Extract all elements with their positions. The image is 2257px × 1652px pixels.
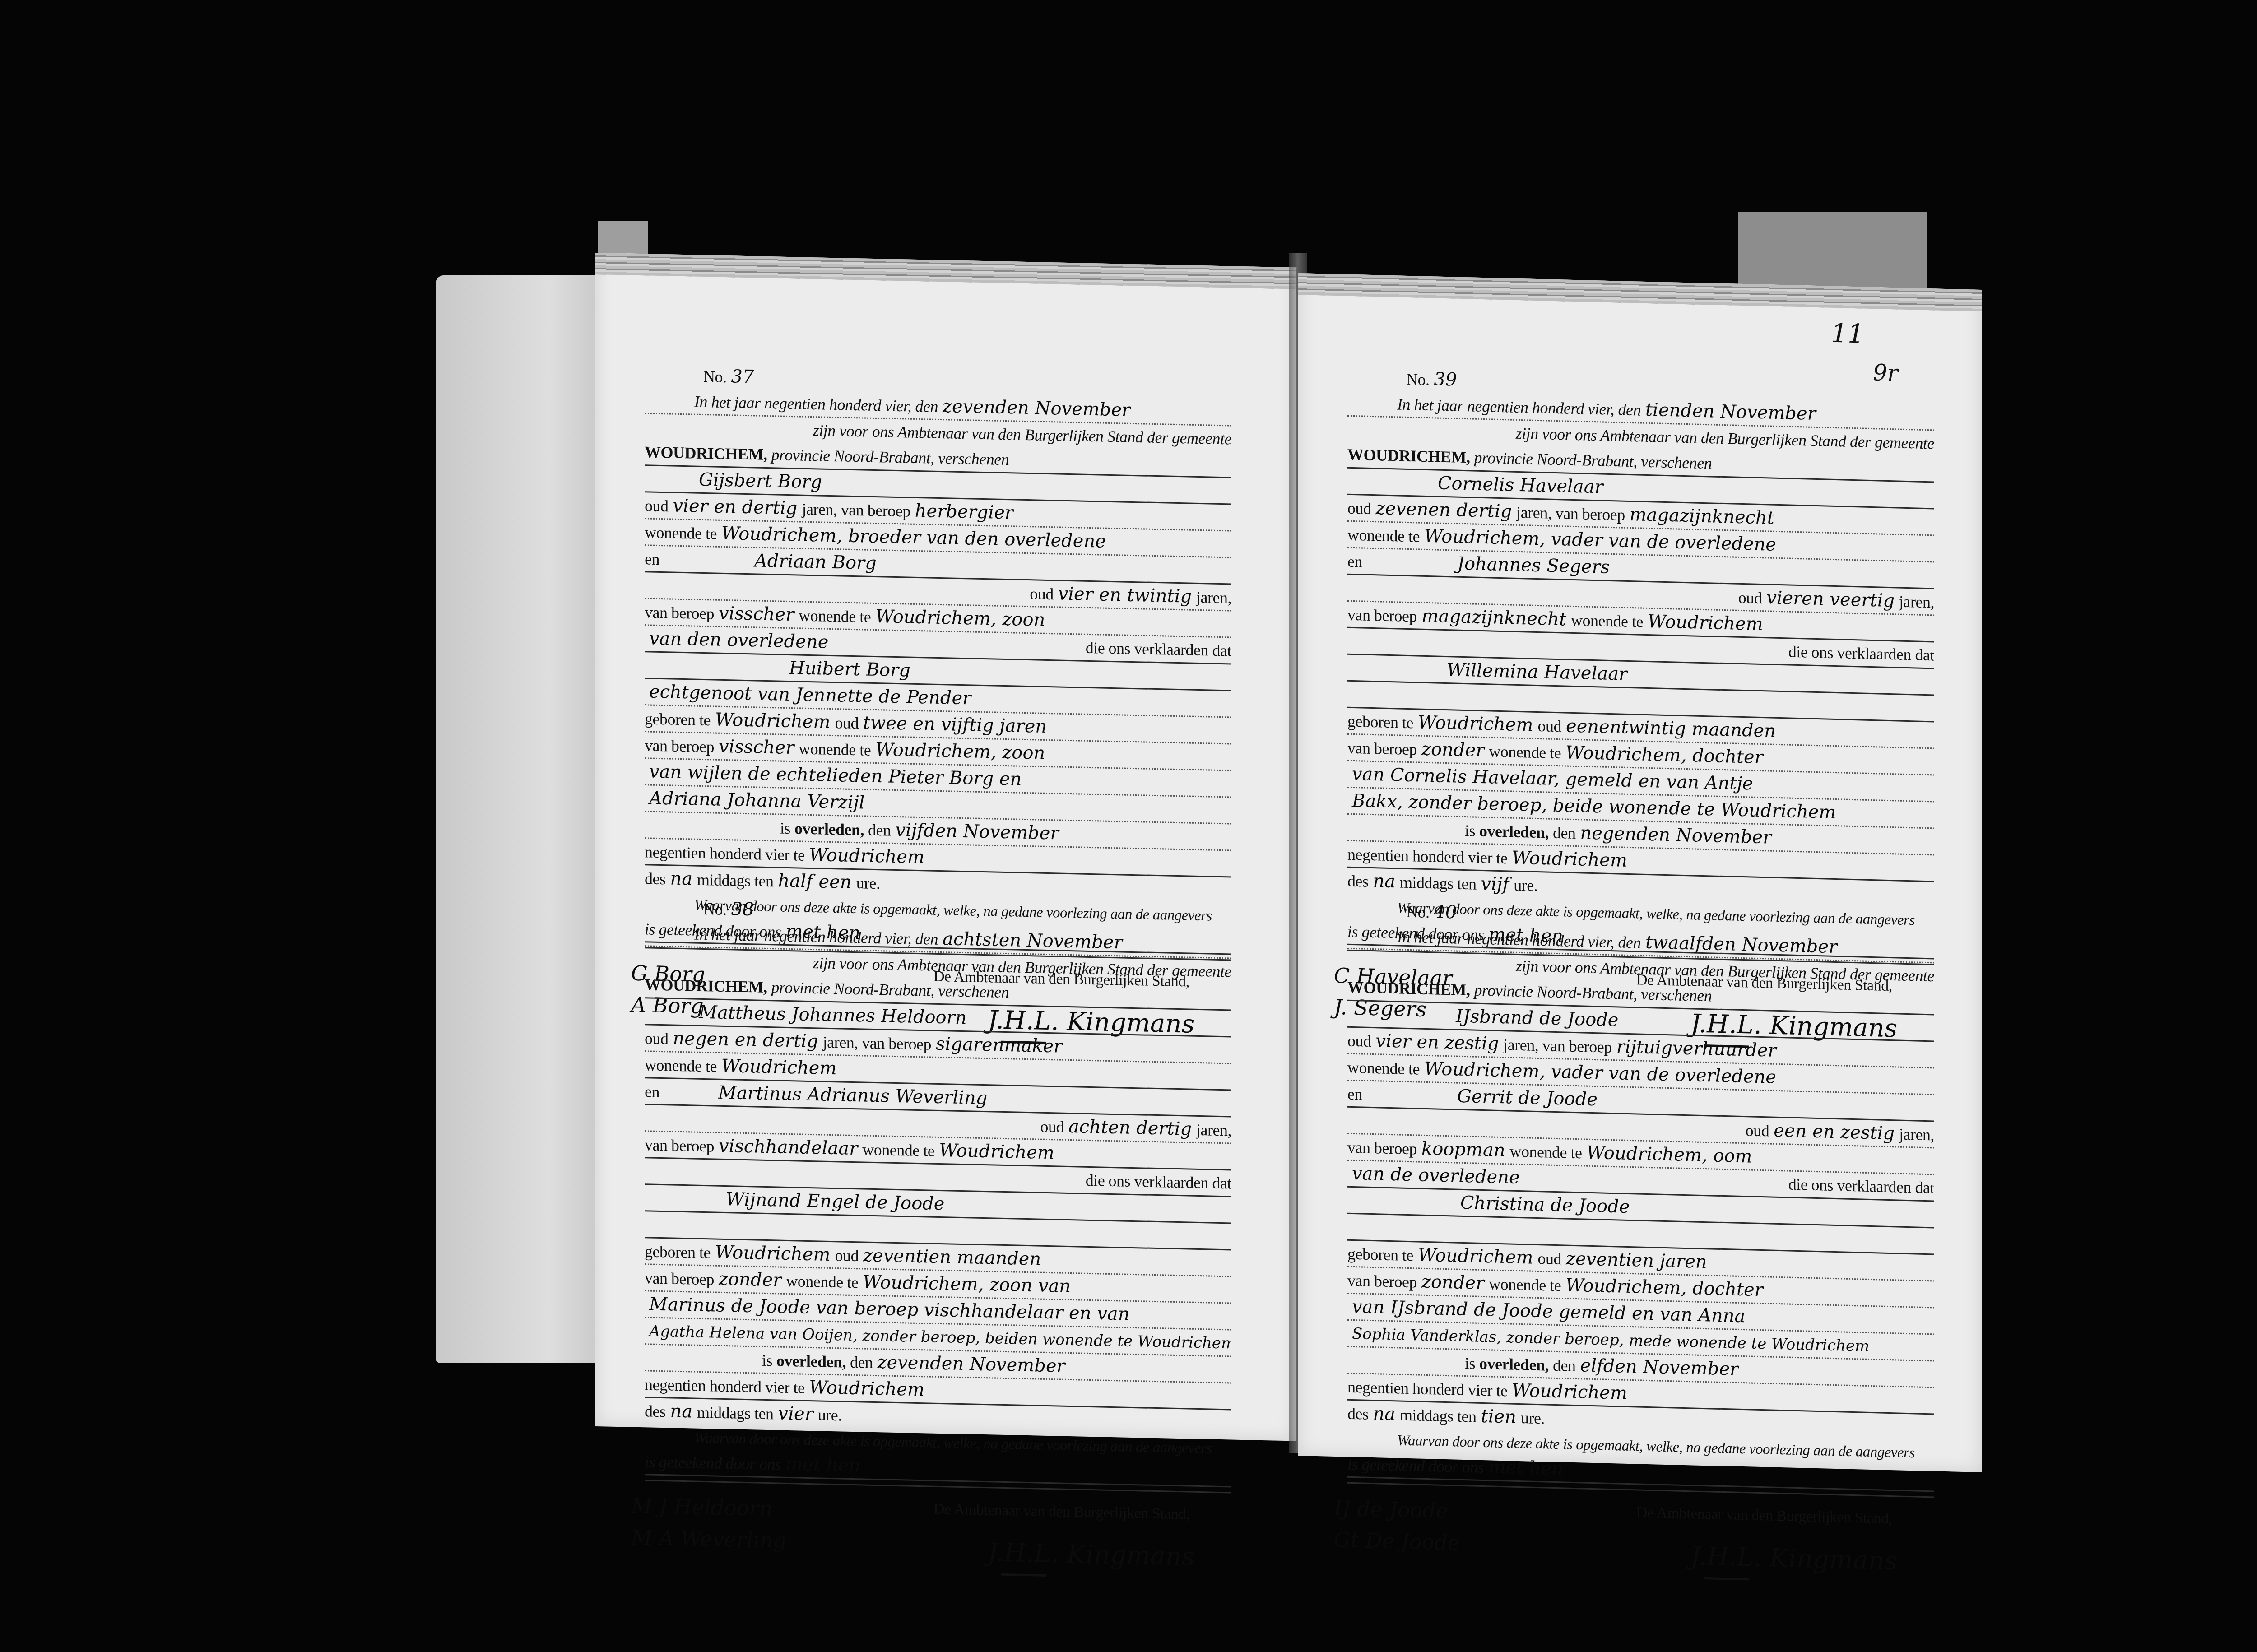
informant-signatures: M J HeldoornM A Weverling [631,1490,786,1556]
label-is: is [1465,1354,1475,1373]
province-text: provincie Noord-Brabant, verschenen [1474,981,1712,1005]
deceased-name: Christina de Joode [1456,1193,1634,1218]
informant-1-occupation: rijtuigverhuurder [1612,1036,1781,1061]
closing-signed: is geteekend door ons [1347,1455,1484,1476]
page-tab [598,221,648,257]
informant-2-occupation: magazijnknecht [1417,605,1571,630]
label-wonende: wonende te [799,606,871,626]
informant-1-occupation: magazijnknecht [1625,504,1779,529]
record-date: tienden November [1641,399,1820,425]
deceased-age: zeventien jaren [1561,1248,1712,1272]
informant-signatures: IJ de JoodeGt De Joode [1334,1492,1460,1559]
label-oud: oud [1738,589,1762,607]
label-is: is [780,819,790,837]
label-wonende: wonende te [1347,526,1420,546]
label-wonende: wonende te [1509,1142,1582,1162]
deceased-birthplace: Woudrichem [711,709,835,733]
label-oud: oud [835,714,859,732]
closing-signed: is geteekend door ons [645,1452,781,1473]
municipality: WOUDRICHEM, [1347,978,1470,999]
label-geboren: geboren te [1347,712,1413,732]
label-verklaarden: die ons verklaarden dat [1086,635,1231,664]
deceased-age: zeventien maanden [859,1245,1045,1270]
signature-block: IJ de JoodeGt De Joode De Ambtenaar van … [1347,1482,1934,1615]
informant-1-name: Cornelis Havelaar [1433,473,1608,497]
label-oud: oud [1347,499,1371,518]
signature-1: M J Heldoorn [631,1490,786,1525]
informant-2-name: Johannes Segers [1453,553,1614,578]
deceased-birthplace: Woudrichem [711,1242,835,1265]
right-page: 11 9r No.39 In het jaar negentien honder… [1298,273,1982,1472]
informant-2-residence: Woudrichem, oom [1582,1142,1756,1167]
deceased-residence: Woudrichem, zoon [871,739,1050,764]
informant-2-relation: van de overledene [1347,1163,1524,1188]
label-van-beroep: van beroep [1347,1138,1417,1158]
deceased-age: eenentwintig maanden [1561,715,1780,742]
informant-1-age: negen en dertig [669,1028,823,1052]
label-den: den [1553,824,1575,842]
deceased-name: Huibert Borg [785,658,915,681]
informant-2-residence: Woudrichem, zoon [871,606,1050,631]
informant-1-name: Gijsbert Borg [694,469,827,493]
label-den: den [868,821,891,840]
deceased-age: twee en vijftig jaren [859,712,1051,737]
informant-2-age: een en zestig [1769,1120,1899,1144]
label-en: en [645,550,659,568]
label-jaren: jaren, [1899,1125,1934,1144]
deceased-parents-1: van wijlen de echtelieden Pieter Borg en [645,761,1026,790]
folio-number: 11 [1831,318,1864,349]
deceased-birthplace: Woudrichem [1413,712,1538,736]
label-van-beroep: van beroep [1347,606,1417,626]
left-page: No.37 In het jaar negentien honderd vier… [595,253,1297,1441]
label-negentien: negentien honderd vier te [645,1375,804,1397]
municipality: WOUDRICHEM, [1347,445,1470,467]
label-van-beroep: van beroep [1347,739,1417,759]
death-time: half een [774,870,856,893]
intro-text: In het jaar negentien honderd vier, den [694,393,938,416]
label-negentien: negentien honderd vier te [645,843,804,864]
record-38: No.38 In het jaar negentien honderd vier… [645,895,1231,1610]
label-oud: oud [645,1029,669,1048]
label-wonende: wonende te [1489,1275,1561,1295]
label-geboren: geboren te [645,1242,711,1262]
informant-2-age: vieren veertig [1762,587,1899,611]
time-prefix: na [666,868,697,889]
deceased-name: Willemina Havelaar [1442,659,1632,685]
province-text: provincie Noord-Brabant, verschenen [1474,449,1712,473]
record-number: 39 [1430,369,1462,390]
informant-1-age: zevenen dertig [1371,498,1517,522]
deceased-birthplace: Woudrichem [1413,1244,1538,1268]
deceased-residence: Woudrichem, zoon van [858,1271,1075,1297]
signature-block: M J HeldoornM A Weverling De Ambtenaar v… [645,1480,1231,1610]
signature-2: M A Weverling [631,1522,786,1556]
municipality: WOUDRICHEM, [645,443,767,464]
label-middags: middags ten [697,1403,773,1423]
time-prefix: na [1369,871,1400,892]
label-ure: ure. [856,874,880,892]
label-en: en [645,1082,659,1101]
signature-1: IJ de Joode [1334,1492,1460,1527]
label-van-beroep: van beroep [645,1136,714,1155]
informant-1-name: IJsbrand de Joode [1451,1006,1623,1030]
deceased-occupation: zonder [1417,1271,1489,1294]
deceased-name: Wijnand Engel de Joode [721,1189,949,1215]
label-ure: ure. [1521,1409,1545,1427]
label-verklaarden: die ons verklaarden dat [1788,639,1934,668]
province-text: provincie Noord-Brabant, verschenen [771,978,1009,1001]
informant-2-age: achten dertig [1064,1116,1196,1140]
label-verklaarden: die ons verklaarden dat [1086,1168,1231,1196]
label-en: en [1347,552,1362,571]
intro-text: In het jaar negentien honderd vier, den [1397,395,1641,419]
label-oud: oud [1040,1118,1064,1136]
municipality: WOUDRICHEM, [645,975,767,996]
informant-1-residence: Woudrichem [717,1056,841,1079]
label-middags: middags ten [1400,873,1476,893]
label-geboren: geboren te [645,710,711,729]
label-oud: oud [835,1246,859,1265]
deceased-residence: Woudrichem, dochter [1561,1275,1768,1300]
label-negentien: negentien honderd vier te [1347,1378,1507,1400]
label-en: en [1347,1085,1362,1104]
label-beroep: jaren, van beroep [802,500,910,520]
deceased-occupation: zonder [1417,738,1489,761]
intro-text: In het jaar negentien honderd vier, den [1397,928,1641,951]
label-wonende: wonende te [1347,1058,1420,1078]
province-text: provincie Noord-Brabant, verschenen [771,445,1009,469]
label-beroep: jaren, van beroep [1503,1035,1611,1056]
label-oud: oud [1537,717,1561,735]
label-oud: oud [1030,585,1054,603]
label-ure: ure. [1514,876,1537,895]
intro-text: In het jaar negentien honderd vier, den [694,925,938,948]
official-title: De Ambtenaar van den Burgerlijken Stand, [933,1501,1189,1523]
label-beroep: jaren, van beroep [1516,503,1625,524]
time-prefix: na [1369,1403,1400,1425]
torn-page-fragment [1738,212,1927,293]
label-overleden: overleden, [776,1351,846,1371]
label-ure: ure. [818,1406,842,1424]
label-van-beroep: van beroep [1347,1271,1417,1291]
label-wonende: wonende te [645,1056,717,1075]
label-jaren: jaren, [1196,1121,1231,1140]
label-overleden: overleden, [794,819,864,839]
label-negentien: negentien honderd vier te [1347,845,1507,868]
record-date: achtsten November [938,928,1127,953]
informant-2-age: vier en twintig [1054,583,1196,607]
informant-1-age: vier en dertig [669,495,802,519]
deceased-spouse: echtgenoot van Jennette de Pender [645,681,975,709]
informant-1-residence: Woudrichem, broeder van den overledene [717,523,1110,552]
death-time: vier [774,1403,818,1425]
label-wonende: wonende te [1571,611,1643,631]
label-wonende: wonende te [645,523,717,543]
label-middags: middags ten [1400,1406,1476,1426]
label-van-beroep: van beroep [645,603,714,622]
deceased-occupation: zonder [714,1269,786,1291]
deceased-residence: Woudrichem, dochter [1561,742,1768,768]
label-overleden: overleden, [1479,822,1549,842]
informant-2-name: Adriaan Borg [750,550,881,574]
deceased-parents-2: Adriana Johanna Verzijl [645,788,869,813]
informant-2-residence: Woudrichem [1643,611,1768,635]
page-edge [595,253,1296,289]
informant-2-name: Martinus Adrianus Weverling [714,1082,992,1109]
death-date: negenden November [1575,822,1776,848]
record-40: No.40 In het jaar negentien honderd vier… [1347,897,1934,1615]
label-des: des [1347,872,1369,891]
label-middags: middags ten [697,871,773,891]
label-is: is [762,1351,772,1369]
label-van-beroep: van beroep [645,1269,714,1288]
death-date: zevenden November [873,1352,1069,1377]
label-van-beroep: van beroep [645,736,714,756]
label-den: den [850,1353,873,1372]
label-des: des [645,869,666,888]
time-prefix: na [666,1401,697,1422]
death-place: Woudrichem [1507,1380,1632,1404]
record-date: twaalfden November [1641,932,1842,958]
label-beroep: jaren, van beroep [823,1033,931,1053]
informant-2-occupation: koopman [1417,1138,1510,1161]
official-title: De Ambtenaar van den Burgerlijken Stand, [1636,1504,1892,1527]
no-label: No. [1406,903,1430,921]
death-place: Woudrichem [1507,847,1632,871]
label-oud: oud [1347,1032,1371,1050]
no-label: No. [703,367,727,386]
death-time: vijf [1477,873,1514,895]
death-place: Woudrichem [804,845,929,868]
signed-with: met hen [781,1454,865,1476]
label-jaren: jaren, [1899,593,1934,612]
label-wonende: wonende te [862,1140,934,1160]
informant-2-relation: van den overledene [645,628,833,653]
informant-1-occupation: herbergier [910,501,1018,524]
informant-2-name: Gerrit de Joode [1453,1086,1602,1110]
death-time: tien [1477,1406,1521,1428]
record-number: 37 [727,366,759,387]
informant-2-residence: Woudrichem [934,1140,1059,1164]
label-verklaarden: die ons verklaarden dat [1788,1172,1934,1201]
death-date: elfden November [1575,1355,1743,1380]
label-jaren: jaren, [1196,588,1231,607]
informant-2-occupation: vischhandelaar [714,1136,862,1160]
label-des: des [645,1402,666,1420]
informant-1-name: Mattheus Johannes Heldoorn [694,1002,971,1029]
label-des: des [1347,1405,1369,1423]
label-oud: oud [645,497,669,515]
deceased-occupation: visscher [714,736,799,759]
informant-1-age: vier en zestig [1371,1030,1504,1054]
label-oud: oud [1746,1121,1769,1140]
signed-with: met hen [1484,1457,1568,1480]
record-number: 40 [1430,901,1462,923]
no-label: No. [703,900,727,919]
death-date: vijfden November [891,820,1063,844]
informant-1-occupation: sigarenmaker [931,1034,1067,1057]
death-place: Woudrichem [804,1377,929,1401]
record-date: zevenden November [938,396,1135,421]
record-number: 38 [727,899,759,920]
label-oud: oud [1537,1249,1561,1268]
signature-2: Gt De Joode [1334,1524,1460,1559]
label-wonende: wonende te [1489,742,1561,762]
label-is: is [1465,821,1475,840]
label-wonende: wonende te [799,739,871,759]
official-signature: J.H.L. Kingmans [988,1538,1194,1572]
no-label: No. [1406,370,1430,389]
label-wonende: wonende te [786,1272,858,1291]
label-geboren: geboren te [1347,1245,1413,1265]
official-signature: J.H.L. Kingmans [1690,1541,1897,1576]
label-overleden: overleden, [1479,1355,1549,1374]
label-den: den [1553,1356,1575,1375]
informant-2-occupation: visscher [714,603,799,626]
